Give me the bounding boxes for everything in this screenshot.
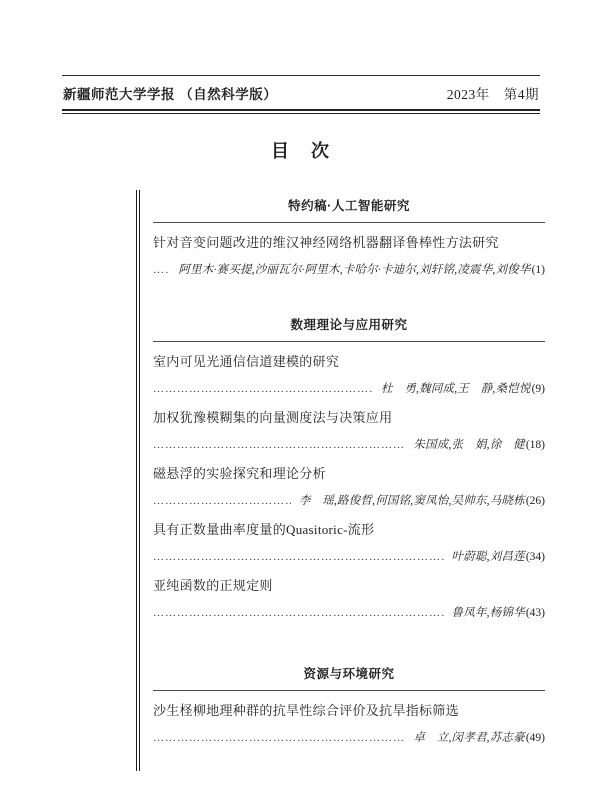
article-author-line: 李 瑶,路俊哲,何国铭,窦凤怡,吴帅东,马晓栋 (26): [153, 493, 545, 510]
article-page-number: (9): [531, 381, 545, 398]
article-author-line: 鲁凤年,杨锦华 (43): [153, 605, 545, 622]
section-special-ai: 特约稿·人工智能研究 针对音变问题改进的维汉神经网络机器翻译鲁棒性方法研究 阿里…: [153, 198, 545, 279]
journal-toc-page: 新疆师范大学学报 （自然科学版） 2023年 第4期 目 次 特约稿·人工智能研…: [0, 0, 599, 802]
article-author-line: 朱国成,张 娟,徐 健 (18): [153, 437, 545, 454]
article-entry: 针对音变问题改进的维汉神经网络机器翻译鲁棒性方法研究 阿里木·赛买提,沙丽瓦尔·…: [153, 234, 545, 279]
article-entry: 具有正数量曲率度量的Quasitoric-流形 叶蔚聪,刘昌莲 (34): [153, 521, 545, 566]
article-page-number: (43): [525, 605, 545, 622]
article-authors: 卓 立,闵孝君,苏志豪: [413, 730, 524, 747]
article-page-number: (1): [531, 262, 545, 279]
article-author-line: 阿里木·赛买提,沙丽瓦尔·阿里木,卡哈尔·卡迪尔,刘轩铭,凌震华,刘俊华 (1): [153, 262, 545, 279]
section-heading: 数理理论与应用研究: [153, 317, 545, 334]
journal-title: 新疆师范大学学报 （自然科学版）: [63, 83, 277, 103]
dot-leader: [153, 493, 291, 510]
article-authors: 朱国成,张 娟,徐 健: [413, 437, 524, 454]
masthead-double-rule: [62, 109, 540, 114]
page-title: 目 次: [62, 137, 540, 163]
article-title: 针对音变问题改进的维汉神经网络机器翻译鲁棒性方法研究: [153, 234, 545, 251]
article-authors: 李 瑶,路俊哲,何国铭,窦凤怡,吴帅东,马晓栋: [299, 493, 525, 510]
article-authors: 叶蔚聪,刘昌莲: [452, 549, 525, 566]
section-resources-environment: 资源与环境研究 沙生柽柳地理种群的抗旱性综合评价及抗旱指标筛选 卓 立,闵孝君,…: [153, 666, 545, 747]
article-page-number: (34): [525, 549, 545, 566]
dot-leader: [153, 605, 444, 622]
section-math-physics: 数理理论与应用研究 室内可见光通信信道建模的研究 杜 勇,魏同成,王 静,桑恺悦…: [153, 317, 545, 622]
dot-leader: [153, 262, 170, 279]
article-entry: 磁悬浮的实验探究和理论分析 李 瑶,路俊哲,何国铭,窦凤怡,吴帅东,马晓栋 (2…: [153, 465, 545, 510]
dot-leader: [153, 381, 373, 398]
article-authors: 杜 勇,魏同成,王 静,桑恺悦: [381, 381, 531, 398]
article-page-number: (49): [525, 730, 545, 747]
article-entry: 沙生柽柳地理种群的抗旱性综合评价及抗旱指标筛选 卓 立,闵孝君,苏志豪 (49): [153, 702, 545, 747]
article-title: 具有正数量曲率度量的Quasitoric-流形: [153, 521, 545, 538]
article-author-line: 卓 立,闵孝君,苏志豪 (49): [153, 730, 545, 747]
section-heading: 资源与环境研究: [153, 666, 545, 683]
article-entry: 室内可见光通信信道建模的研究 杜 勇,魏同成,王 静,桑恺悦 (9): [153, 353, 545, 398]
dot-leader: [153, 549, 444, 566]
section-heading-rule: [153, 690, 545, 691]
article-title: 室内可见光通信信道建模的研究: [153, 353, 545, 370]
article-entry: 加权犹豫模糊集的向量测度法与决策应用 朱国成,张 娟,徐 健 (18): [153, 409, 545, 454]
article-page-number: (18): [525, 437, 545, 454]
section-heading-rule: [153, 341, 545, 342]
article-authors: 鲁凤年,杨锦华: [452, 605, 525, 622]
article-title: 加权犹豫模糊集的向量测度法与决策应用: [153, 409, 545, 426]
dot-leader: [153, 437, 405, 454]
journal-masthead: 新疆师范大学学报 （自然科学版） 2023年 第4期: [62, 75, 540, 114]
article-title: 磁悬浮的实验探究和理论分析: [153, 465, 545, 482]
section-heading: 特约稿·人工智能研究: [153, 198, 545, 215]
article-author-line: 叶蔚聪,刘昌莲 (34): [153, 549, 545, 566]
section-heading-rule: [153, 222, 545, 223]
issue-info: 2023年 第4期: [447, 83, 539, 103]
article-title: 沙生柽柳地理种群的抗旱性综合评价及抗旱指标筛选: [153, 702, 545, 719]
toc-content: 特约稿·人工智能研究 针对音变问题改进的维汉神经网络机器翻译鲁棒性方法研究 阿里…: [136, 190, 545, 771]
article-page-number: (26): [525, 493, 545, 510]
article-authors: 阿里木·赛买提,沙丽瓦尔·阿里木,卡哈尔·卡迪尔,刘轩铭,凌震华,刘俊华: [178, 262, 530, 279]
article-title: 亚纯函数的正规定则: [153, 577, 545, 594]
masthead-row: 新疆师范大学学报 （自然科学版） 2023年 第4期: [62, 76, 540, 109]
article-entry: 亚纯函数的正规定则 鲁凤年,杨锦华 (43): [153, 577, 545, 622]
dot-leader: [153, 730, 405, 747]
article-author-line: 杜 勇,魏同成,王 静,桑恺悦 (9): [153, 381, 545, 398]
